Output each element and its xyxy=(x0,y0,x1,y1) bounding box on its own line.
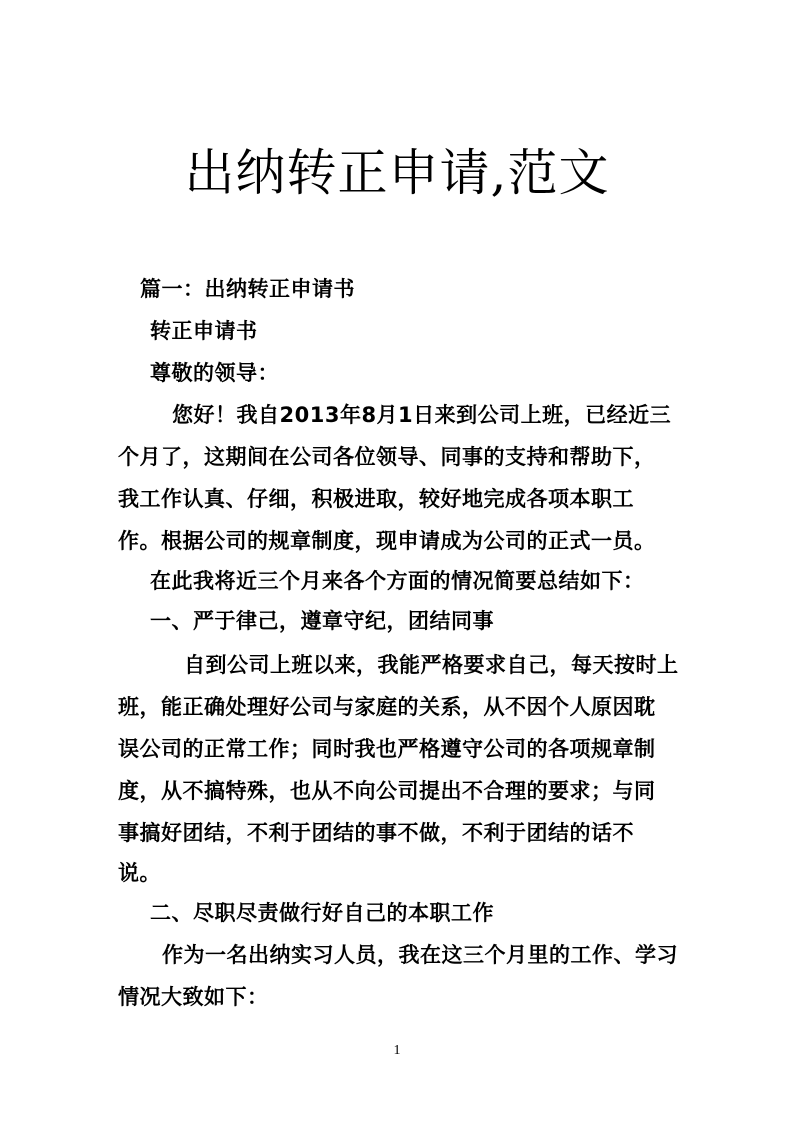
paragraph-line: 误公司的正常工作；同时我也严格遵守公司的各项规章制 xyxy=(118,734,656,764)
paragraph-line: 度，从不搞特殊，也从不向公司提出不合理的要求；与同 xyxy=(118,776,656,806)
paragraph-line: 说。 xyxy=(118,858,161,888)
document-page: 出纳转正申请,范文 篇一：出纳转正申请书转正申请书尊敬的领导：您好！我自2013… xyxy=(0,0,794,1123)
page-number: 1 xyxy=(0,1042,794,1060)
paragraph-line: 班，能正确处理好公司与家庭的关系，从不因个人原因耽 xyxy=(118,692,656,722)
document-title: 出纳转正申请,范文 xyxy=(0,138,794,208)
paragraph-line: 转正申请书 xyxy=(150,316,258,346)
paragraph-line: 您好！我自2013年8月1日来到公司上班，已经近三 xyxy=(172,400,671,430)
paragraph-line: 情况大致如下： xyxy=(118,982,269,1012)
paragraph-line: 自到公司上班以来，我能严格要求自己，每天按时上 xyxy=(184,650,679,680)
paragraph-line: 在此我将近三个月来各个方面的情况简要总结如下： xyxy=(150,566,645,596)
paragraph-line: 一、严于律己，遵章守纪，团结同事 xyxy=(150,606,494,636)
paragraph-line: 尊敬的领导： xyxy=(150,358,279,388)
paragraph-line: 我工作认真、仔细，积极进取，较好地完成各项本职工 xyxy=(118,484,634,514)
paragraph-line: 作。根据公司的规章制度，现申请成为公司的正式一员。 xyxy=(118,526,656,556)
paragraph-line: 个月了，这期间在公司各位领导、同事的支持和帮助下， xyxy=(118,442,656,472)
paragraph-line: 事搞好团结，不利于团结的事不做，不利于团结的话不 xyxy=(118,818,634,848)
paragraph-line: 篇一：出纳转正申请书 xyxy=(140,274,355,304)
paragraph-line: 二、尽职尽责做行好自己的本职工作 xyxy=(150,898,494,928)
paragraph-line: 作为一名出纳实习人员，我在这三个月里的工作、学习 xyxy=(162,940,678,970)
